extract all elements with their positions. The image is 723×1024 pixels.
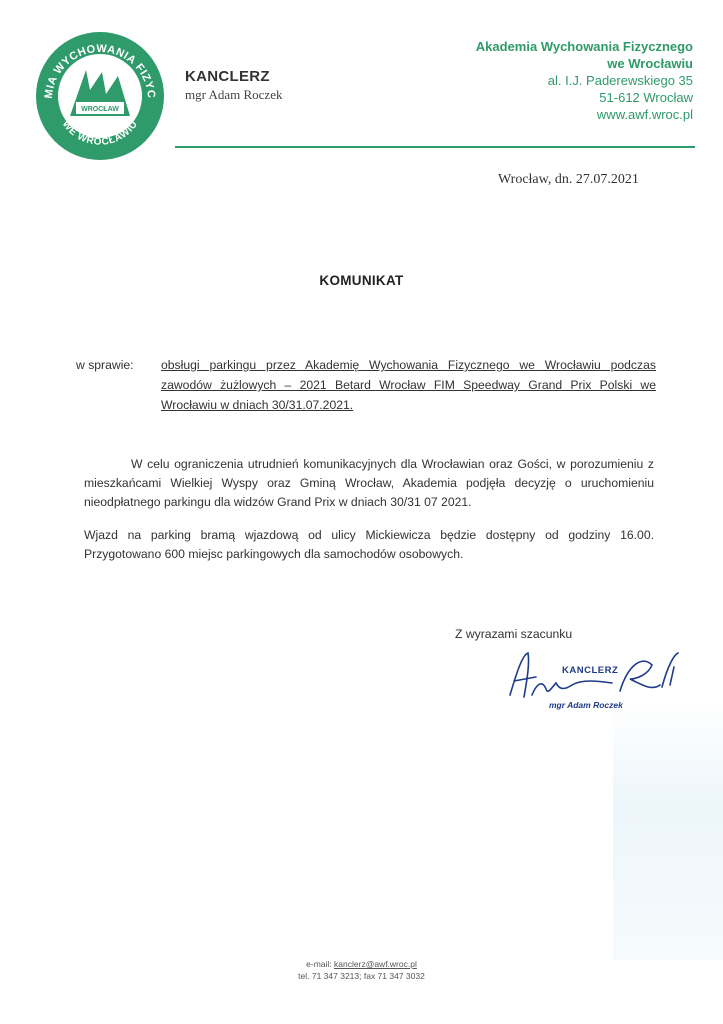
footer-email-label: e-mail: — [306, 959, 332, 969]
stamp-title: KANCLERZ — [562, 665, 618, 676]
footer: e-mail: kanclerz@awf.wroc.pl tel. 71 347… — [0, 958, 723, 982]
signature-block: KANCLERZ mgr Adam Roczek — [502, 645, 692, 715]
position-title: KANCLERZ — [185, 68, 282, 85]
stamp-name: mgr Adam Roczek — [549, 700, 623, 710]
body-paragraph-1: W celu ograniczenia utrudnień komunikacy… — [84, 455, 654, 512]
footer-phone-line: tel. 71 347 3213; fax 71 347 3032 — [0, 970, 723, 982]
organization-block: Akademia Wychowania Fizycznego we Wrocła… — [476, 38, 693, 123]
person-name: mgr Adam Roczek — [185, 87, 282, 103]
org-website: www.awf.wroc.pl — [476, 106, 693, 123]
subject-text: obsługi parkingu przez Akademię Wychowan… — [161, 355, 656, 415]
footer-email-line: e-mail: kanclerz@awf.wroc.pl — [0, 958, 723, 970]
subject-label: w sprawie: — [76, 355, 134, 375]
date-line: Wrocław, dn. 27.07.2021 — [498, 172, 639, 188]
body-paragraph-2: Wjazd na parking bramą wjazdową od ulicy… — [84, 526, 654, 564]
org-address-line1: al. I.J. Paderewskiego 35 — [476, 72, 693, 89]
closing-line: Z wyrazami szacunku — [455, 627, 572, 641]
footer-email-link[interactable]: kanclerz@awf.wroc.pl — [334, 959, 417, 969]
sender-block: KANCLERZ mgr Adam Roczek — [185, 68, 282, 103]
org-name-line1: Akademia Wychowania Fizycznego — [476, 38, 693, 55]
body-text: W celu ograniczenia utrudnień komunikacy… — [84, 455, 654, 578]
org-name-line2: we Wrocławiu — [476, 55, 693, 72]
awf-logo-icon: AKADEMIA WYCHOWANIA FIZYCZNEGO WE WROCŁA… — [34, 30, 166, 162]
scan-shading — [613, 700, 723, 960]
org-address-line2: 51-612 Wrocław — [476, 89, 693, 106]
header-divider — [175, 146, 695, 148]
logo-inner-text: WROCŁAW — [81, 106, 119, 113]
document-title: KOMUNIKAT — [0, 273, 723, 288]
subject-block: w sprawie: obsługi parkingu przez Akadem… — [76, 355, 656, 415]
